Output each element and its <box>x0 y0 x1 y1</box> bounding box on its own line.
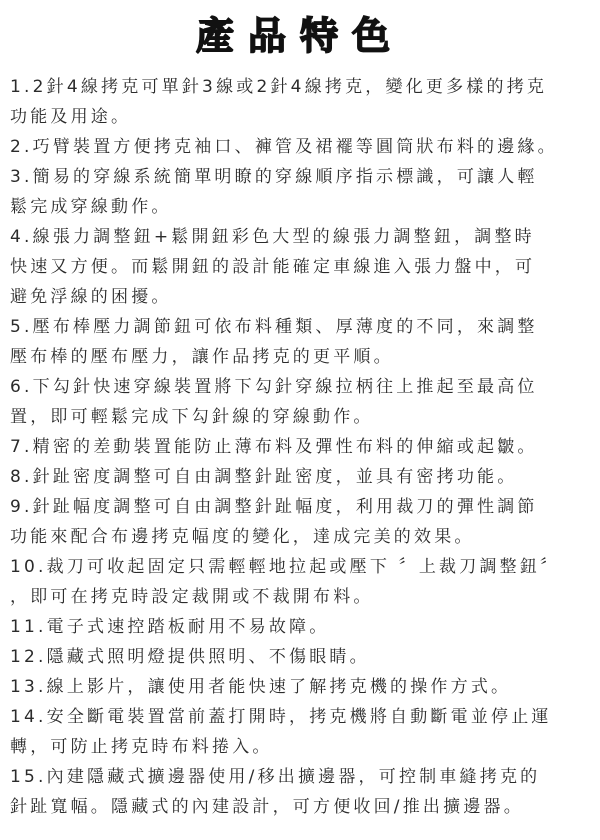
feature-line: 針趾寬幅。隱藏式的內建設計，可方便收回/推出擴邊器。 <box>10 792 600 822</box>
feature-line: 功能及用途。 <box>10 102 600 132</box>
feature-line: 8.針趾密度調整可自由調整針趾密度，並具有密拷功能。 <box>10 462 600 492</box>
feature-line: 轉，可防止拷克時布料捲入。 <box>10 732 600 762</box>
feature-line: 置，即可輕鬆完成下勾針線的穿線動作。 <box>10 402 600 432</box>
feature-line: 快速又方便。而鬆開鈕的設計能確定車線進入張力盤中，可 <box>10 252 600 282</box>
feature-line: 3.簡易的穿線系統簡單明瞭的穿線順序指示標識，可讓人輕 <box>10 162 600 192</box>
feature-line: 13.線上影片，讓使用者能快速了解拷克機的操作方式。 <box>10 672 600 702</box>
feature-line: 9.針趾幅度調整可自由調整針趾幅度，利用裁刀的彈性調節 <box>10 492 600 522</box>
feature-line: 4.線張力調整鈕+鬆開鈕彩色大型的線張力調整鈕，調整時 <box>10 222 600 252</box>
page-title: 產品特色 <box>0 0 600 72</box>
feature-line: 壓布棒的壓布壓力，讓作品拷克的更平順。 <box>10 342 600 372</box>
feature-line: 15.內建隱藏式擴邊器使用/移出擴邊器，可控制車縫拷克的 <box>10 762 600 792</box>
feature-line: 避免浮線的困擾。 <box>10 282 600 312</box>
feature-line: 12.隱藏式照明燈提供照明、不傷眼睛。 <box>10 642 600 672</box>
feature-line: 功能來配合布邊拷克幅度的變化，達成完美的效果。 <box>10 522 600 552</box>
feature-line: 6.下勾針快速穿線裝置將下勾針穿線拉柄往上推起至最高位 <box>10 372 600 402</box>
feature-line: 1.2針4線拷克可單針3線或2針4線拷克，變化更多樣的拷克 <box>10 72 600 102</box>
feature-line: 2.巧臂裝置方便拷克袖口、褲管及裙襬等圓筒狀布料的邊緣。 <box>10 132 600 162</box>
feature-list: 1.2針4線拷克可單針3線或2針4線拷克，變化更多樣的拷克 功能及用途。 2.巧… <box>0 72 600 822</box>
feature-line: 5.壓布棒壓力調節鈕可依布料種類、厚薄度的不同，來調整 <box>10 312 600 342</box>
feature-line: ，即可在拷克時設定裁開或不裁開布料。 <box>10 582 600 612</box>
feature-line: 鬆完成穿線動作。 <box>10 192 600 222</box>
feature-line: 10.裁刀可收起固定只需輕輕地拉起或壓下 〞上裁刀調整鈕〞 <box>10 552 600 582</box>
feature-line: 11.電子式速控踏板耐用不易故障。 <box>10 612 600 642</box>
feature-line: 14.安全斷電裝置當前蓋打開時，拷克機將自動斷電並停止運 <box>10 702 600 732</box>
feature-line: 7.精密的差動裝置能防止薄布料及彈性布料的伸縮或起皺。 <box>10 432 600 462</box>
